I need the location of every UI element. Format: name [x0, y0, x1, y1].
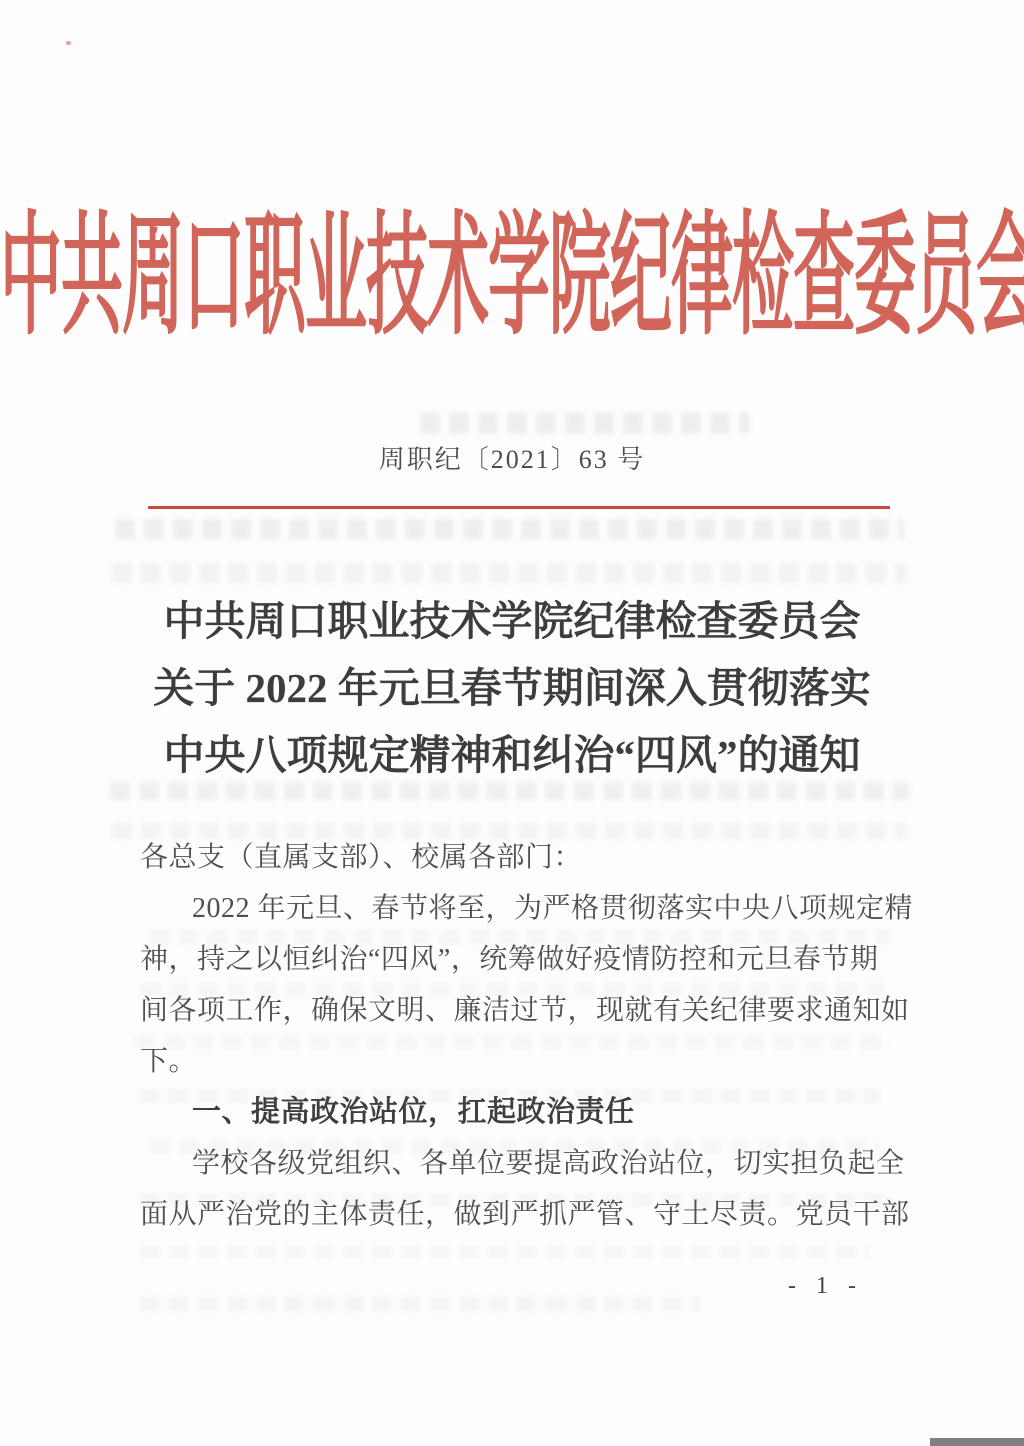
bleed-through-artifact — [112, 563, 907, 583]
document-number: 周职纪〔2021〕63 号 — [0, 447, 1024, 473]
red-header-banner: 中共周口职业技术学院纪律检查委员会文件 — [0, 212, 1024, 345]
bleed-through-artifact — [115, 519, 905, 539]
bleed-through-artifact — [140, 1246, 870, 1258]
scanner-edge-artifact — [930, 1438, 1024, 1446]
paragraph1-line: 2022 年元旦、春节将至，为严格贯彻落实中央八项规定精 — [140, 883, 900, 934]
title-line-1: 中共周口职业技术学院纪律检查委员会 — [0, 588, 1024, 655]
document-page: 中共周口职业技术学院纪律检查委员会文件 周职纪〔2021〕63 号 中共周口职业… — [0, 0, 1024, 1446]
title-line-3: 中央八项规定精神和纠治“四风”的通知 — [0, 722, 1024, 789]
page-number: - 1 - — [788, 1273, 863, 1300]
paragraph1-line: 神，持之以恒纠治“四风”，统筹做好疫情防控和元旦春节期 — [140, 934, 900, 985]
paragraph2-line: 学校各级党组织、各单位要提高政治站位，切实担负起全 — [140, 1138, 900, 1189]
salutation: 各总支（直属支部）、校属各部门： — [140, 832, 900, 883]
paragraph1-line: 下。 — [140, 1036, 900, 1087]
document-body: 各总支（直属支部）、校属各部门： 2022 年元旦、春节将至，为严格贯彻落实中央… — [140, 832, 900, 1240]
paragraph2-line: 面从严治党的主体责任，做到严抓严管、守土尽责。党员干部 — [140, 1189, 900, 1240]
title-line-2: 关于 2022 年元旦春节期间深入贯彻落实 — [0, 655, 1024, 722]
bleed-through-artifact — [420, 412, 750, 434]
bleed-through-artifact — [140, 1297, 700, 1311]
section-1-heading: 一、提高政治站位，扛起政治责任 — [140, 1087, 900, 1138]
scan-speck-artifact — [66, 41, 71, 45]
paragraph1-line: 间各项工作，确保文明、廉洁过节，现就有关纪律要求通知如 — [140, 985, 900, 1036]
document-title: 中共周口职业技术学院纪律检查委员会 关于 2022 年元旦春节期间深入贯彻落实 … — [0, 588, 1024, 789]
red-separator-rule — [148, 506, 890, 509]
